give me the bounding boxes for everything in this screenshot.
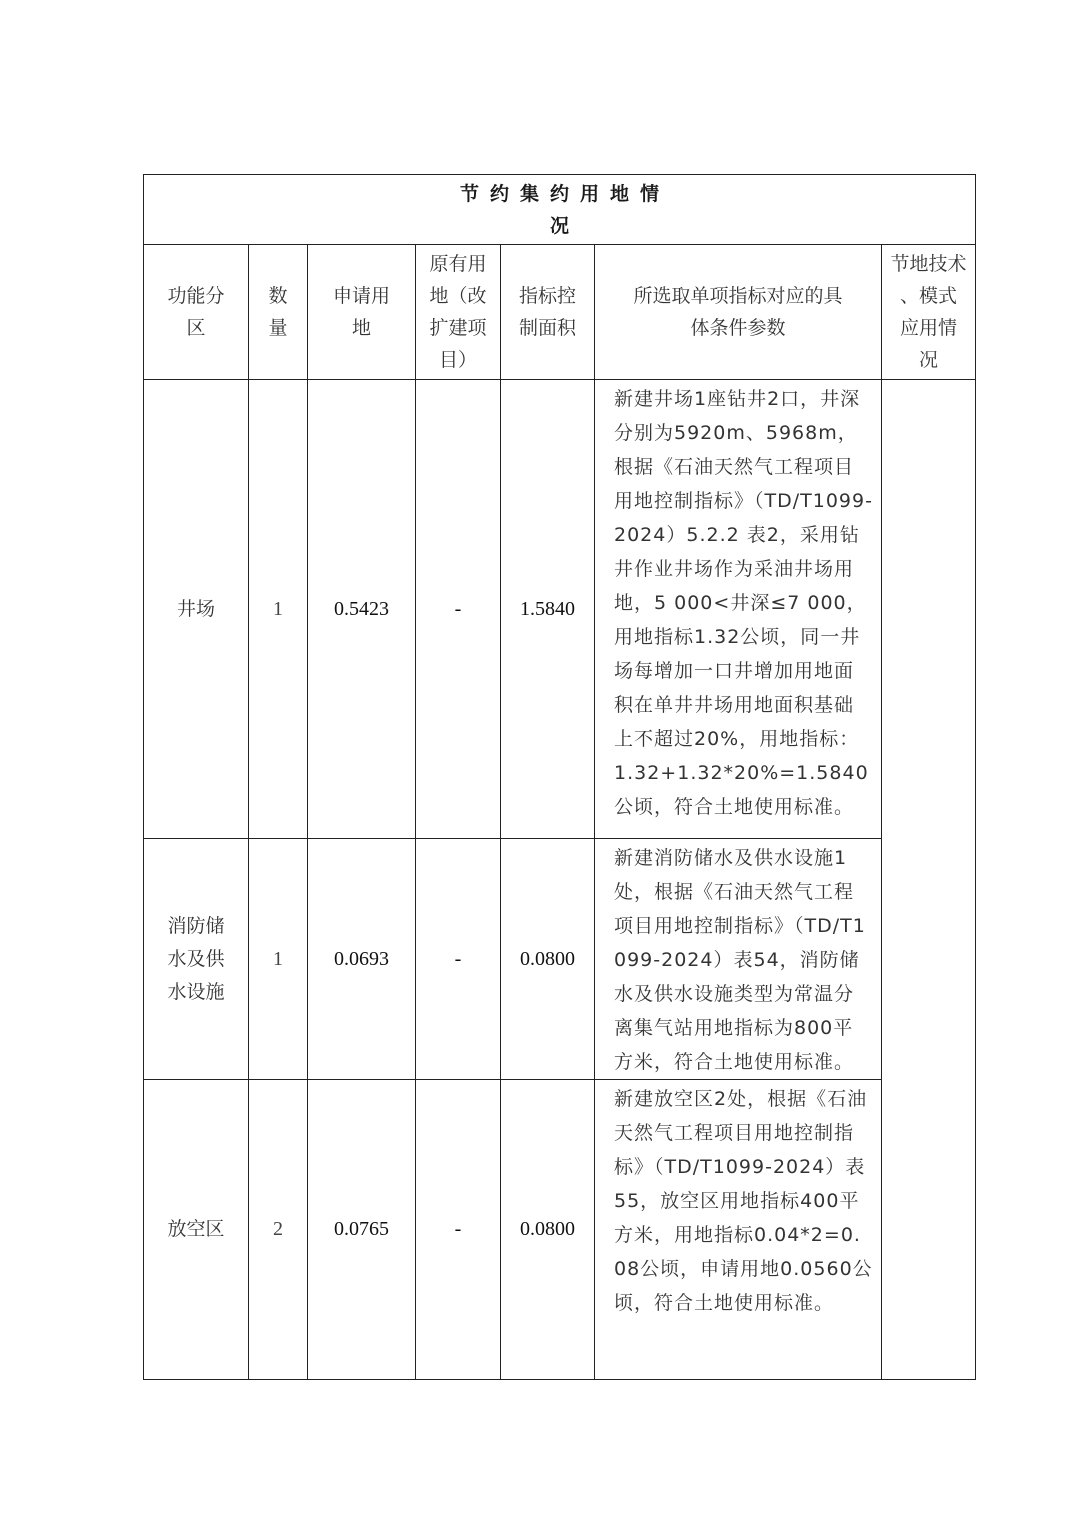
zone-cell: 放空区 bbox=[144, 1080, 249, 1380]
header-row: 功能分 区 数 量 申请用 地 原有用 地（改 扩建项 目） 指标控 制面积 所… bbox=[144, 245, 976, 380]
table-title: 节约集约用地情 况 bbox=[144, 175, 976, 245]
original-cell: - bbox=[416, 1080, 501, 1380]
table-row: 消防储 水及供 水设施 1 0.0693 - 0.0800 新建消防储水及供水设… bbox=[144, 839, 976, 1080]
table-row: 井场 1 0.5423 - 1.5840 新建井场1座钻井2口，井深分别为592… bbox=[144, 380, 976, 839]
count-cell: 2 bbox=[249, 1080, 308, 1380]
applied-cell: 0.0765 bbox=[308, 1080, 416, 1380]
zone-cell: 消防储 水及供 水设施 bbox=[144, 839, 249, 1080]
header-original-land: 原有用 地（改 扩建项 目） bbox=[416, 245, 501, 380]
original-cell: - bbox=[416, 380, 501, 839]
title-line-2: 况 bbox=[144, 210, 975, 242]
zone-cell: 井场 bbox=[144, 380, 249, 839]
land-use-table: 节约集约用地情 况 功能分 区 数 量 申请用 地 原有用 地（改 扩建项 目）… bbox=[143, 174, 976, 1380]
count-cell: 1 bbox=[249, 380, 308, 839]
params-cell: 新建井场1座钻井2口，井深分别为5920m、5968m，根据《石油天然气工程项目… bbox=[595, 380, 882, 839]
applied-cell: 0.0693 bbox=[308, 839, 416, 1080]
original-cell: - bbox=[416, 839, 501, 1080]
control-cell: 0.0800 bbox=[501, 839, 595, 1080]
count-cell: 1 bbox=[249, 839, 308, 1080]
title-line-1: 节约集约用地情 bbox=[144, 178, 975, 210]
control-cell: 0.0800 bbox=[501, 1080, 595, 1380]
header-control-area: 指标控 制面积 bbox=[501, 245, 595, 380]
header-params: 所选取单项指标对应的具 体条件参数 bbox=[595, 245, 882, 380]
params-cell: 新建放空区2处，根据《石油天然气工程项目用地控制指标》（TD/T1099-202… bbox=[595, 1080, 882, 1380]
control-cell: 1.5840 bbox=[501, 380, 595, 839]
header-zone: 功能分 区 bbox=[144, 245, 249, 380]
params-cell: 新建消防储水及供水设施1处，根据《石油天然气工程项目用地控制指标》（TD/T10… bbox=[595, 839, 882, 1080]
header-count: 数 量 bbox=[249, 245, 308, 380]
table-row: 放空区 2 0.0765 - 0.0800 新建放空区2处，根据《石油天然气工程… bbox=[144, 1080, 976, 1380]
tech-cell bbox=[882, 380, 976, 1380]
header-tech: 节地技术 、模式 应用情 况 bbox=[882, 245, 976, 380]
applied-cell: 0.5423 bbox=[308, 380, 416, 839]
header-applied-land: 申请用 地 bbox=[308, 245, 416, 380]
